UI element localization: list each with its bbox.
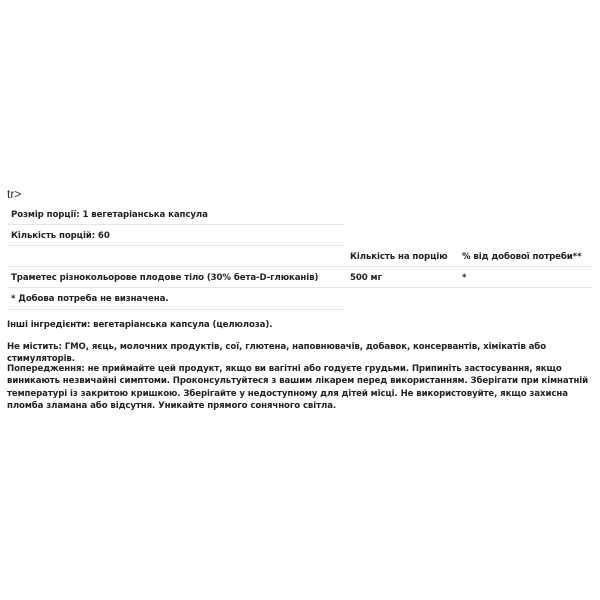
warning-text: Попередження: не приймайте цей продукт, …: [7, 363, 597, 413]
serving-size: Розмір порції: 1 вегетаріанська капсула: [11, 210, 208, 220]
servings-count: Кількість порцій: 60: [11, 231, 110, 241]
stray-markup-text: tr>: [7, 187, 21, 201]
serving-size-row: Розмір порції: 1 вегетаріанська капсула: [7, 205, 345, 225]
ingredient-daily-value: *: [462, 273, 466, 283]
footnote: * Добова потреба не визначена.: [11, 294, 168, 304]
table-header-row: Кількість на порцію % від добової потреб…: [7, 246, 592, 267]
header-daily-value: % від добової потреби**: [462, 252, 581, 262]
ingredient-name: Траметес різнокольорове плодове тіло (30…: [11, 273, 318, 283]
ingredient-amount: 500 мг: [350, 273, 382, 283]
other-ingredients: Інші інгредієнти: вегетаріанська капсула…: [7, 319, 597, 331]
table-row: Траметес різнокольорове плодове тіло (30…: [7, 267, 592, 288]
footnote-row: * Добова потреба не визначена.: [7, 288, 345, 310]
header-amount: Кількість на порцію: [350, 252, 447, 262]
servings-count-row: Кількість порцій: 60: [7, 225, 345, 246]
